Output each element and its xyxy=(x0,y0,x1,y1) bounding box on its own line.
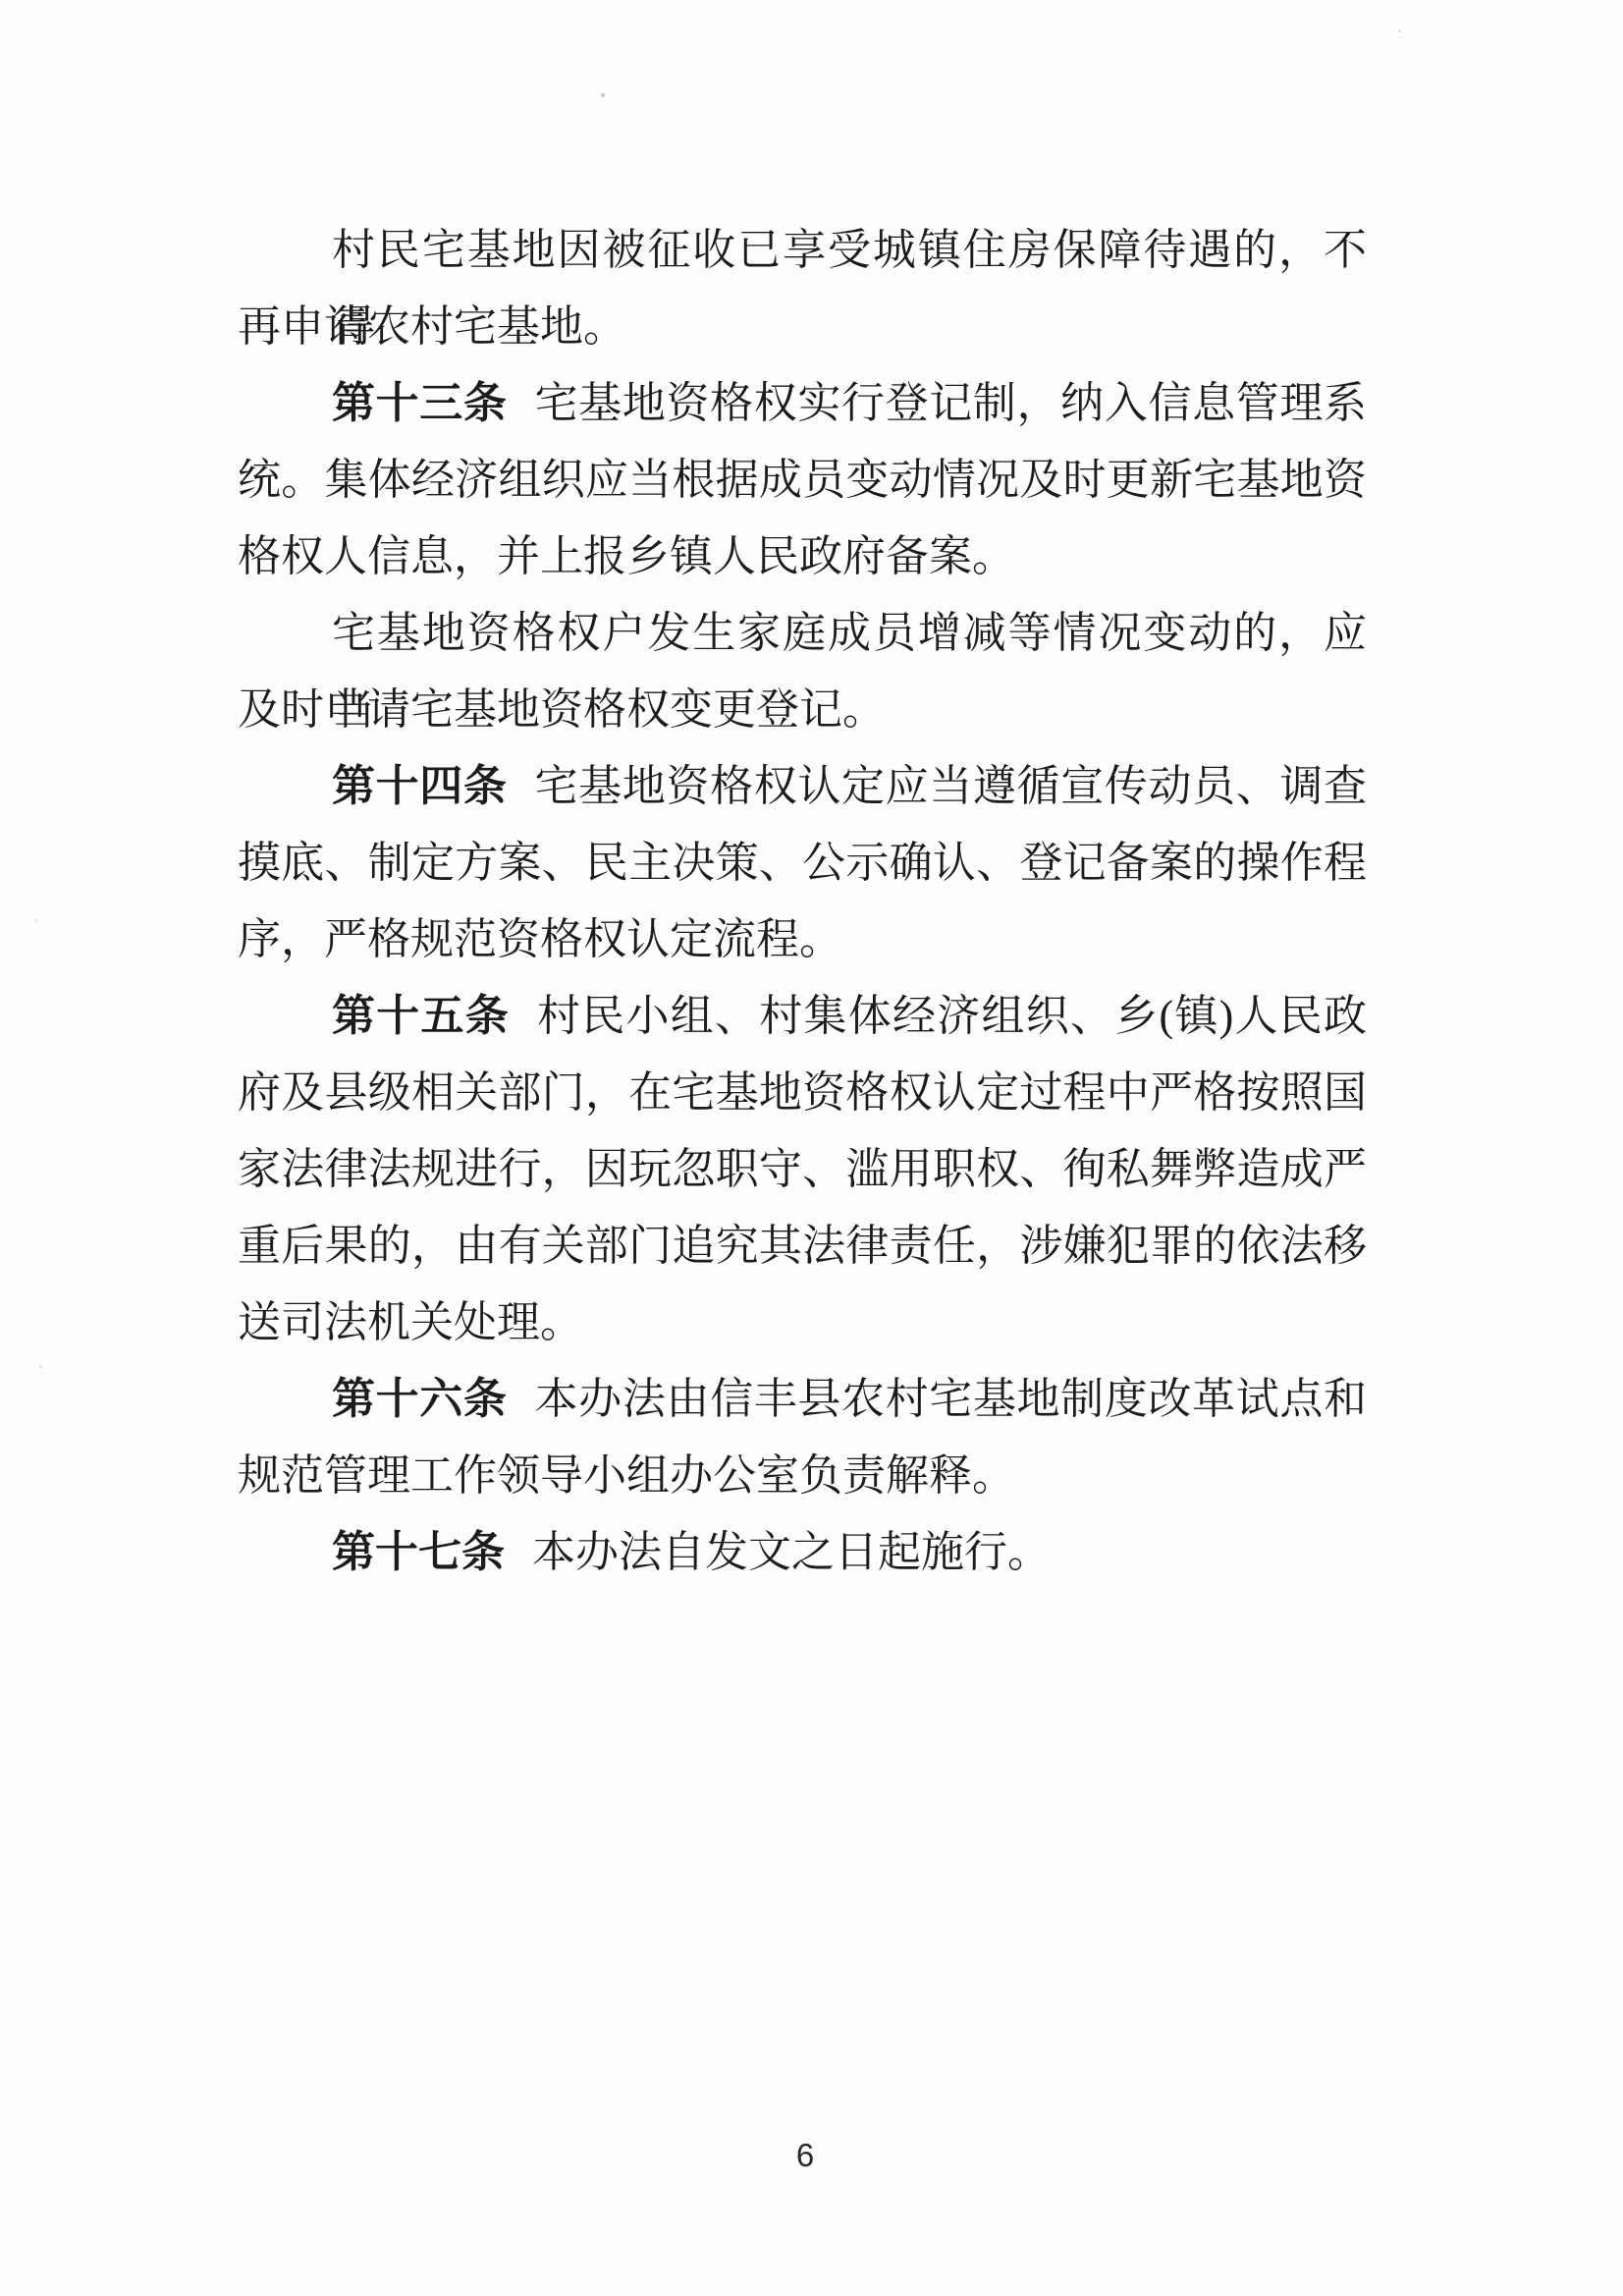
scanned-document-page: { "colors": { "paper": "#fdfdfd", "ink":… xyxy=(0,0,1623,2296)
line-text: 村民小组、村集体经济组织、乡(镇)人民政 xyxy=(537,992,1367,1040)
line-text: 本办法自发文之日起施行。 xyxy=(532,1528,1051,1576)
text-line: 及时申请宅基地资格权变更登记。 xyxy=(238,672,1367,748)
text-line: 家法律法规进行，因玩忽职守、滥用职权、徇私舞弊造成严 xyxy=(238,1131,1367,1208)
page-number: 6 xyxy=(766,2137,844,2174)
text-line: 再申请农村宅基地。 xyxy=(238,289,1367,365)
text-line: 统。集体经济组织应当根据成员变动情况及时更新宅基地资 xyxy=(238,442,1367,519)
line-text: 宅基地资格权认定应当遵循宣传动员、调查 xyxy=(535,762,1367,810)
article-number: 第十四条 xyxy=(332,762,508,810)
text-line: 第十四条宅基地资格权认定应当遵循宣传动员、调查 xyxy=(238,748,1367,825)
text-line: 府及县级相关部门，在宅基地资格权认定过程中严格按照国 xyxy=(238,1055,1367,1131)
scan-speck xyxy=(39,1365,42,1368)
text-line: 摸底、制定方案、民主决策、公示确认、登记备案的操作程 xyxy=(238,825,1367,902)
document-body: 村民宅基地因被征收已享受城镇住房保障待遇的，不得 再申请农村宅基地。 第十三条宅… xyxy=(238,212,1367,1591)
text-line: 第十五条村民小组、村集体经济组织、乡(镇)人民政 xyxy=(238,978,1367,1055)
article-number: 第十五条 xyxy=(332,992,510,1040)
line-text: 宅基地资格权实行登记制，纳入信息管理系 xyxy=(535,379,1367,427)
text-line: 村民宅基地因被征收已享受城镇住房保障待遇的，不得 xyxy=(238,212,1367,289)
article-number: 第十六条 xyxy=(332,1375,508,1423)
text-line: 序，严格规范资格权认定流程。 xyxy=(238,902,1367,978)
scan-speck xyxy=(1398,29,1401,32)
text-line: 送司法机关处理。 xyxy=(238,1285,1367,1361)
text-line: 格权人信息，并上报乡镇人民政府备案。 xyxy=(238,519,1367,595)
text-line: 第十三条宅基地资格权实行登记制，纳入信息管理系 xyxy=(238,365,1367,442)
text-line: 规范管理工作领导小组办公室负责解释。 xyxy=(238,1438,1367,1514)
text-line: 重后果的，由有关部门追究其法律责任，涉嫌犯罪的依法移 xyxy=(238,1208,1367,1285)
text-line: 第十七条本办法自发文之日起施行。 xyxy=(238,1514,1367,1591)
scan-speck xyxy=(601,93,605,97)
scan-speck xyxy=(35,919,38,922)
article-number: 第十七条 xyxy=(332,1528,505,1576)
text-line: 第十六条本办法由信丰县农村宅基地制度改革试点和 xyxy=(238,1361,1367,1438)
text-line: 宅基地资格权户发生家庭成员增减等情况变动的，应当 xyxy=(238,595,1367,672)
article-number: 第十三条 xyxy=(332,379,508,427)
line-text: 本办法由信丰县农村宅基地制度改革试点和 xyxy=(535,1375,1367,1423)
